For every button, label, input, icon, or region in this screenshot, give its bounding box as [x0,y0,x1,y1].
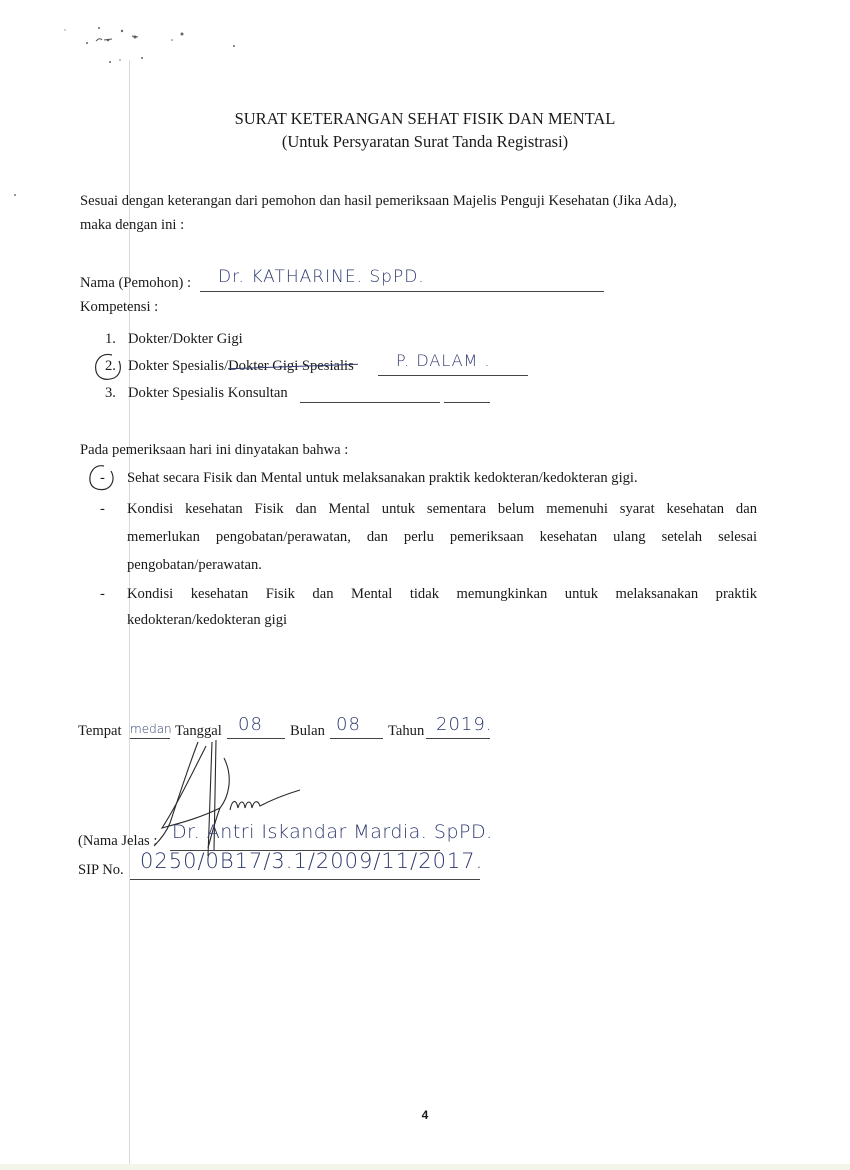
month-underline [330,738,383,739]
statement-2-line-2: memerlukan pengobatan/perawatan, dan per… [127,522,757,552]
competence-option-3-number: 3. [105,384,116,402]
statement-2-line-1[interactable]: Kondisi kesehatan Fisik dan Mental untuk… [127,494,757,524]
applicant-name-field[interactable]: Dr. KATHARINE. SpPD. [218,268,425,286]
year-label: Tahun [388,722,424,740]
sip-number-field[interactable]: 0250/0B17/3.1/2009/11/2017. [140,852,483,870]
scan-speck [10,190,20,200]
year-field[interactable]: 2019. [436,716,493,734]
sip-underline [130,879,480,880]
competence-option-2-label: Dokter Spesialis/ [128,358,228,374]
month-field[interactable]: 08 [336,716,361,734]
place-label: Tempat [78,722,122,740]
statement-2-line-3: pengobatan/perawatan. [127,556,262,574]
competence-option-1-number: 1. [105,330,116,348]
examination-label: Pada pemeriksaan hari ini dinyatakan bah… [80,441,348,459]
place-field[interactable]: medan [130,720,172,738]
document-subtitle: (Untuk Persyaratan Surat Tanda Registras… [0,133,850,151]
statement-1[interactable]: Sehat secara Fisik dan Mental untuk mela… [127,469,638,487]
statement-3-line-1[interactable]: Kondisi kesehatan Fisik dan Mental tidak… [127,579,757,609]
signatory-name-field[interactable]: Dr. Antri Iskandar Mardia. SpPD. [172,823,493,841]
struck-text: Dokter Gigi Spesialis [228,358,354,374]
applicant-underline [200,291,604,292]
competence-option-3[interactable]: Dokter Spesialis Konsultan [128,384,288,402]
intro-line-1: Sesuai dengan keterangan dari pemohon da… [80,192,677,210]
specialty-underline [378,375,528,376]
statement-2-bullet: - [100,500,105,518]
selected-circle-mark [92,352,126,382]
signatory-name-label: (Nama Jelas : [78,832,157,850]
sip-label: SIP No. [78,861,124,879]
statement-3-bullet: - [100,585,105,603]
statement-3-line-2: kedokteran/kedokteran gigi [127,611,287,629]
consultant-underline-a [300,402,440,403]
day-field[interactable]: 08 [238,716,263,734]
scan-edge [0,1164,850,1170]
competence-option-2[interactable]: Dokter Spesialis/Dokter Gigi Spesialis [128,357,354,375]
specialty-field[interactable]: P. DALAM . [396,352,491,370]
page-number: 4 [0,1108,850,1122]
consultant-underline-b [444,402,490,403]
applicant-label: Nama (Pemohon) : [80,274,191,292]
intro-line-2: maka dengan ini : [80,216,184,234]
year-underline [426,738,490,739]
competence-label: Kompetensi : [80,298,158,316]
document-title: SURAT KETERANGAN SEHAT FISIK DAN MENTAL [0,110,850,128]
statement-1-bullet: - [100,469,105,487]
scan-noise [0,0,300,80]
competence-option-1[interactable]: Dokter/Dokter Gigi [128,330,243,348]
